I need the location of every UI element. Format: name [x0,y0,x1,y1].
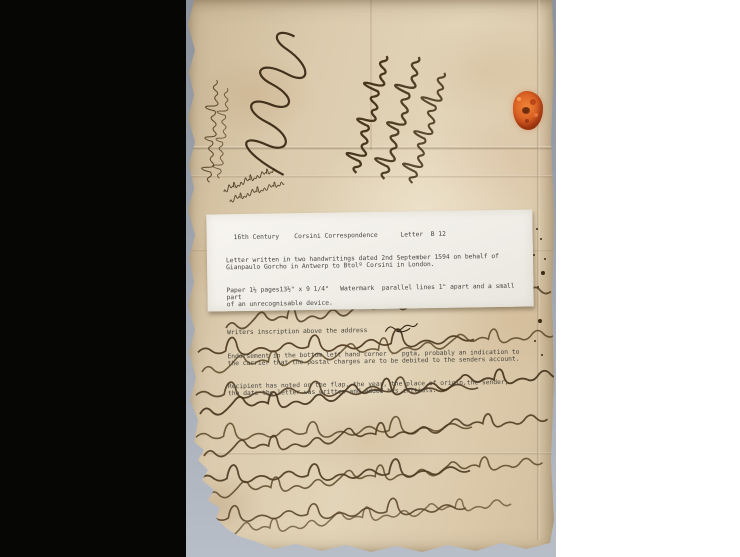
card-paragraph-letter-description: Letter written in two handwritings dated… [226,254,525,272]
address-script [334,52,400,174]
photo-black-margin [0,0,186,557]
archive-label-card: 16th Century Corsini Correspondence Lett… [206,209,533,311]
card-header: 16th Century Corsini Correspondence Lett… [226,230,525,241]
photograph-of-letter: 16th Century Corsini Correspondence Lett… [0,0,740,557]
small-note-script [228,181,285,202]
card-paragraph-endorsement: Endorsement in the bottom left hand corn… [227,349,526,367]
mirrored-text-line [200,458,470,484]
signature-flourish [232,29,326,175]
letter-sheet: 16th Century Corsini Correspondence Lett… [186,0,556,553]
mirrored-text-line [202,498,466,522]
margin-script [195,79,225,182]
mirrored-text-line [196,417,472,440]
mirrored-text-line [213,498,511,538]
margin-script [207,87,235,178]
letter-photo: 16th Century Corsini Correspondence Lett… [186,0,556,557]
card-paragraph-paper-watermark: Paper 1½ pages13½" x 9 1/4" Watermark pa… [226,284,525,309]
card-paragraph-writers-inscription: Writers inscription above the address [227,328,367,337]
small-note-script [221,167,279,192]
card-paragraph-recipient-notes: Recipient has noted on the flap, the yea… [228,379,527,397]
